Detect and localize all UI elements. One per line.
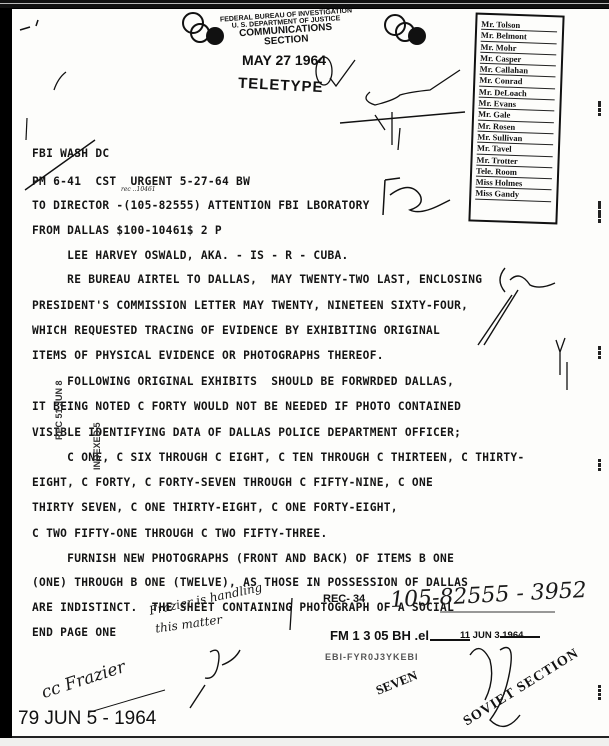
routing-slip: Mr. TolsonMr. BelmontMr. MohrMr. CasperM… (468, 13, 564, 225)
fbi-communications-stamp: FEDERAL BUREAU OF INVESTIGATION U. S. DE… (216, 12, 356, 46)
teletype-line: RE BUREAU AIRTEL TO DALLAS, MAY TWENTY-T… (32, 273, 482, 286)
teletype-line: FURNISH NEW PHOTOGRAPHS (FRONT AND BACK)… (32, 552, 454, 565)
teletype-line: C TWO FIFTY-ONE THROUGH C TWO FIFTY-THRE… (32, 527, 328, 540)
teletype-line: PRESIDENT'S COMMISSION LETTER MAY TWENTY… (32, 299, 468, 312)
teletype-line: FBI WASH DC (32, 147, 109, 160)
teletype-line: TO DIRECTOR -(105-82555) ATTENTION FBI L… (32, 199, 370, 212)
right-edge-marks (596, 458, 602, 472)
routing-slip-entry: Miss Gandy (475, 188, 551, 202)
teletype-line: IT BEING NOTED C FORTY WOULD NOT BE NEED… (32, 400, 461, 413)
right-edge-marks (596, 100, 602, 117)
teletype-line: LEE HARVEY OSWALD, AKA. - IS - R - CUBA. (32, 249, 349, 262)
blurred-stamp: EBI-FYR0J3YKEBI (325, 652, 419, 662)
teletype-line: C ONE, C SIX THROUGH C EIGHT, C TEN THRO… (32, 451, 524, 464)
teletype-line: ITEMS OF PHYSICAL EVIDENCE OR PHOTOGRAPH… (32, 349, 384, 362)
teletype-line: EIGHT, C FORTY, C FORTY-SEVEN THROUGH C … (32, 476, 433, 489)
rec-stamp: REC- 34 (323, 593, 365, 605)
right-edge-marks (596, 345, 602, 360)
received-stamp: FM 1 3 05 BH .el (330, 628, 429, 643)
right-edge-marks (596, 200, 602, 224)
received-date-stamp: 11 JUN 3 1964 (460, 630, 523, 641)
scan-bottom-border (0, 738, 609, 746)
teletype-line: THIRTY SEVEN, C ONE THIRTY-EIGHT, C ONE … (32, 501, 398, 514)
scan-top-border (0, 0, 609, 8)
stamp-date: MAY 27 1964 (242, 52, 326, 68)
teletype-line: WHICH REQUESTED TRACING OF EVIDENCE BY E… (32, 324, 440, 337)
teletype-line: FOLLOWING ORIGINAL EXHIBITS SHOULD BE FO… (32, 375, 454, 388)
teletype-line: VISIBLE IDENTIFYING DATA OF DALLAS POLIC… (32, 426, 461, 439)
teletype-line: FROM DALLAS $100-10461$ 2 P (32, 224, 222, 237)
serial-annotation: rec ..10461 (121, 186, 156, 193)
right-edge-marks (596, 684, 602, 701)
bottom-date-stamp: 79 JUN 5 - 1964 (18, 708, 156, 730)
teletype-line: END PAGE ONE (32, 626, 116, 639)
